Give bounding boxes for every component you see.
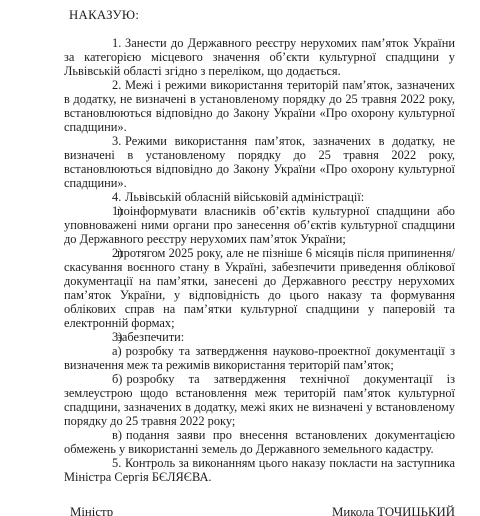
item-text: поінформувати власників об’єктів культур…	[64, 204, 455, 246]
item-marker: 4.	[88, 190, 125, 204]
item-marker: 3.	[88, 134, 125, 148]
item-marker: 1)	[88, 204, 117, 218]
item-marker: 1.	[88, 36, 125, 50]
item-text: забезпечити:	[117, 330, 184, 344]
order-item-5: 5.Контроль за виконанням цього наказу по…	[64, 456, 455, 484]
item-marker: 2)	[88, 246, 117, 260]
item-marker: 3)	[88, 330, 117, 344]
item-marker: 2.	[88, 78, 125, 92]
order-subitem-3: 3)забезпечити:	[64, 330, 455, 344]
order-item-1: 1.Занести до Державного реєстру нерухоми…	[64, 36, 455, 78]
order-subitem-3v: в)подання заяви про внесення встановлени…	[64, 428, 455, 456]
item-marker: а)	[88, 344, 122, 358]
order-item-2: 2.Межі і режими використання територій п…	[64, 78, 455, 134]
item-text: подання заяви про внесення встановлених …	[64, 428, 455, 456]
signature-block: Міністр Микола ТОЧИЦЬКИЙ	[64, 505, 455, 516]
item-text: Львівській обласній військовій адміністр…	[125, 190, 364, 204]
item-marker: б)	[88, 372, 122, 386]
document-page: НАКАЗУЮ: 1.Занести до Державного реєстру…	[0, 0, 480, 516]
order-subitem-3a: а)розробку та затвердження науково-проек…	[64, 344, 455, 372]
signature-name: Микола ТОЧИЦЬКИЙ	[332, 505, 455, 516]
order-heading: НАКАЗУЮ:	[64, 8, 455, 22]
order-subitem-1: 1)поінформувати власників об’єктів культ…	[64, 204, 455, 246]
order-item-4: 4.Львівській обласній військовій адмініс…	[64, 190, 455, 204]
item-marker: в)	[88, 428, 122, 442]
item-text: розробку та затвердження технічної докум…	[64, 372, 455, 428]
order-subitem-3b: б)розробку та затвердження технічної док…	[64, 372, 455, 428]
order-subitem-2: 2)протягом 2025 року, але не пізніше 6 м…	[64, 246, 455, 330]
order-item-3: 3.Режими використання пам’яток, зазначен…	[64, 134, 455, 190]
item-marker: 5.	[88, 456, 125, 470]
signature-position: Міністр	[70, 505, 113, 516]
item-text: розробку та затвердження науково-проектн…	[64, 344, 455, 372]
item-text: протягом 2025 року, але не пізніше 6 міс…	[64, 246, 455, 330]
